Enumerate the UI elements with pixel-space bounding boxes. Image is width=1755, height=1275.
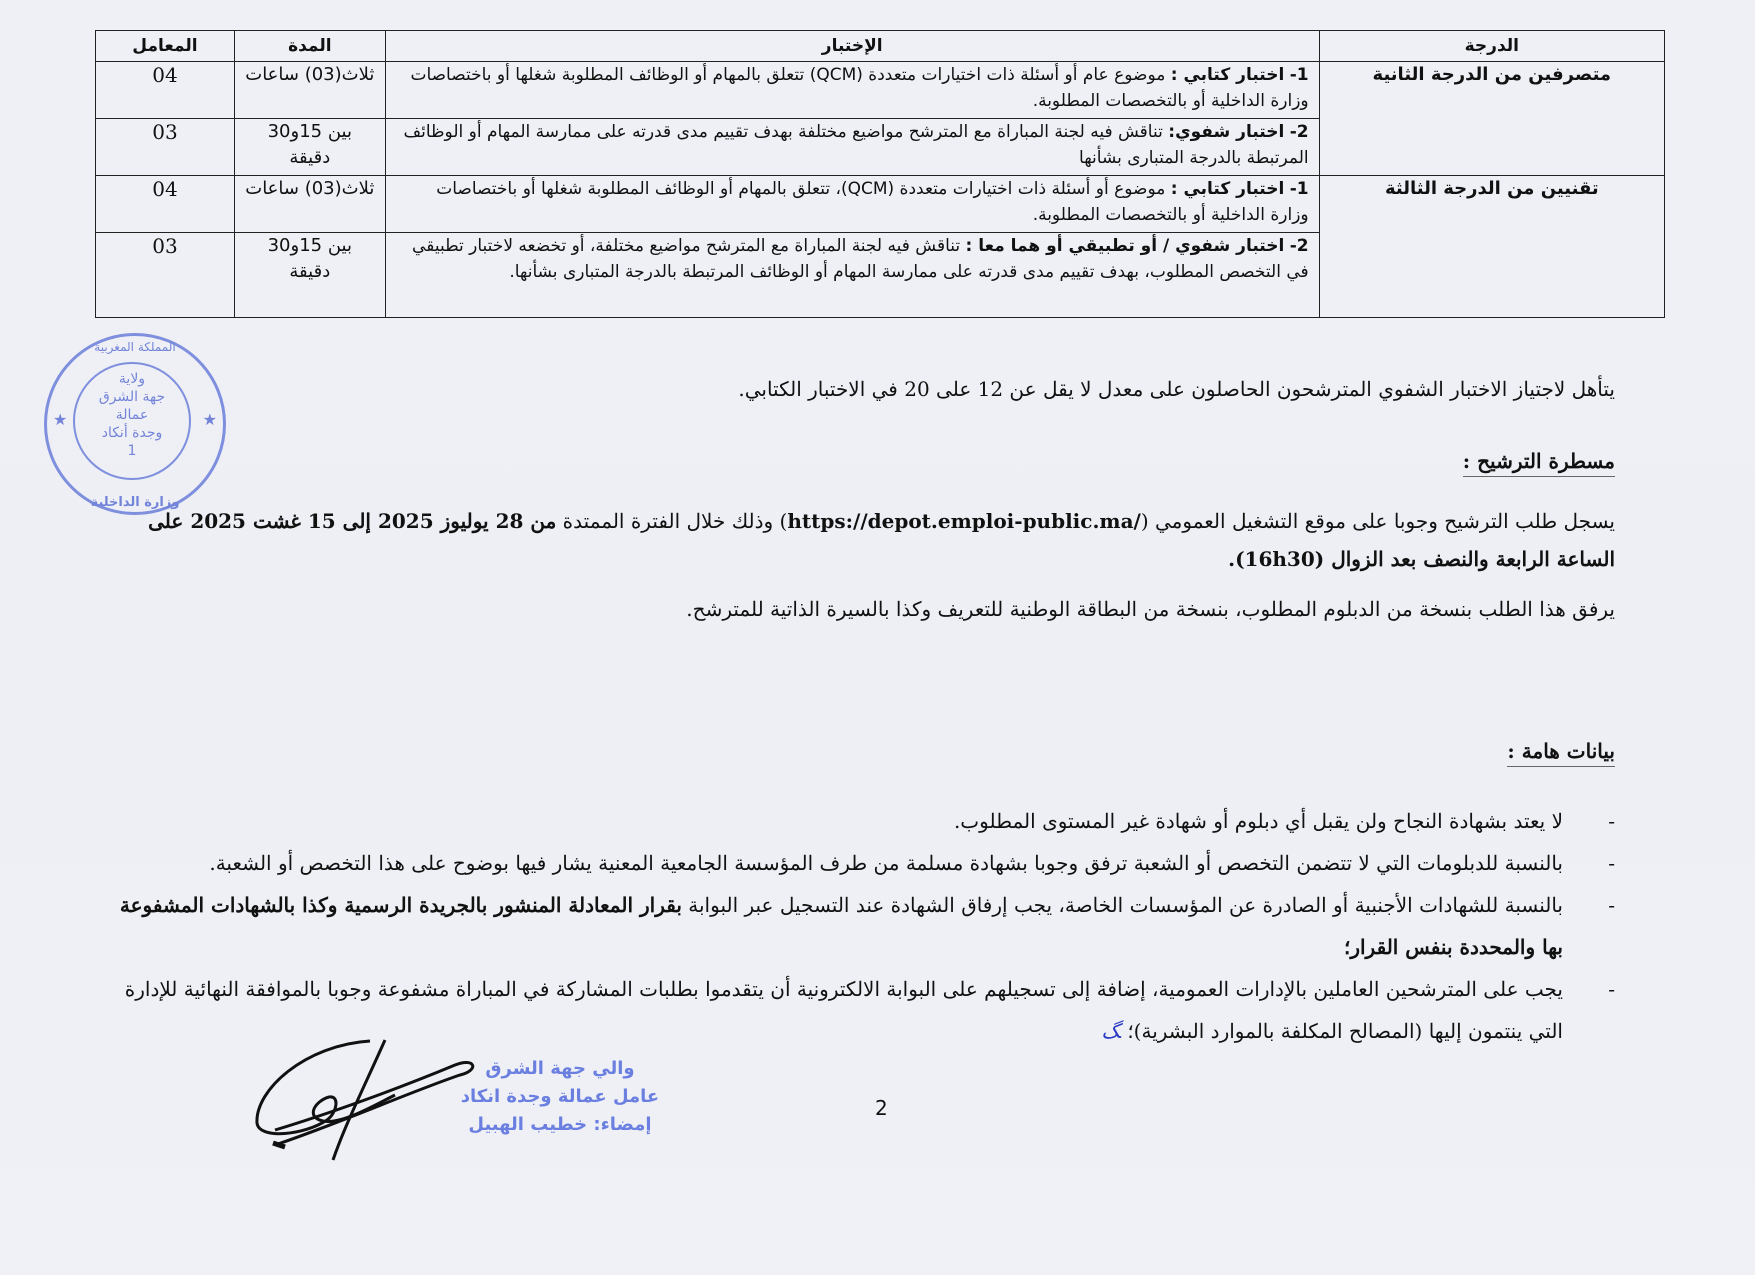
list-item: -بالنسبة للشهادات الأجنبية أو الصادرة عن…	[115, 884, 1615, 968]
eligibility-text: يتأهل لاجتياز الاختبار الشفوي المترشحون …	[215, 370, 1615, 408]
dash-bullet: -	[1608, 800, 1615, 842]
test-number: 2-	[1290, 236, 1309, 256]
test-title: اختبار كتابي :	[1171, 65, 1285, 85]
test-number: 1-	[1290, 179, 1309, 199]
signatory-title: والي جهة الشرق	[435, 1055, 685, 1083]
coefficient-cell: 03	[96, 119, 235, 176]
table-row: تقنيين من الدرجة الثالثة 1- اختبار كتابي…	[96, 176, 1665, 233]
exam-table: الدرجة الإختبار المدة المعامل متصرفين من…	[95, 30, 1665, 318]
notes-title: بيانات هامة :	[1507, 736, 1615, 767]
note-text: بالنسبة للدبلومات التي لا تتضمن التخصص أ…	[209, 851, 1563, 875]
star-icon: ★	[53, 410, 67, 429]
test-cell: 1- اختبار كتابي : موضوع أو أسئلة ذات اخت…	[385, 176, 1319, 233]
header-test: الإختبار	[385, 31, 1319, 62]
duration-cell: بين 15و30 دقيقة	[234, 119, 385, 176]
dash-bullet: -	[1608, 968, 1615, 1010]
test-cell: 1- اختبار كتابي : موضوع عام أو أسئلة ذات…	[385, 62, 1319, 119]
test-title: اختبار شفوي:	[1168, 122, 1284, 142]
signatory-name: إمضاء: خطيب الهبيل	[435, 1111, 685, 1139]
star-icon: ★	[203, 410, 217, 429]
list-item: -بالنسبة للدبلومات التي لا تتضمن التخصص …	[115, 842, 1615, 884]
stamp-inner: ولاية جهة الشرق عمالة وجدة أنكاد 1	[73, 362, 191, 480]
procedure-heading: مسطرة الترشيح :	[1463, 442, 1615, 480]
duration-cell: بين 15و30 دقيقة	[234, 233, 385, 318]
stamp-line: عمالة	[75, 406, 189, 424]
stamp-line: ولاية	[75, 370, 189, 388]
list-item: -لا يعتد بشهادة النجاح ولن يقبل أي دبلوم…	[115, 800, 1615, 842]
signature-block: والي جهة الشرق عامل عمالة وجدة انكاد إمض…	[245, 1035, 685, 1165]
document-page: الدرجة الإختبار المدة المعامل متصرفين من…	[0, 0, 1755, 1275]
coefficient-cell: 04	[96, 176, 235, 233]
note-text: يجب على المترشحين العاملين بالإدارات الع…	[125, 977, 1563, 1043]
stamp-line: وجدة أنكاد	[75, 424, 189, 442]
header-grade: الدرجة	[1319, 31, 1664, 62]
header-coefficient: المعامل	[96, 31, 235, 62]
procedure-text: يسجل طلب الترشيح وجوبا على موقع التشغيل …	[1141, 509, 1615, 533]
procedure-title: مسطرة الترشيح :	[1463, 446, 1615, 477]
procedure-paragraph-1: يسجل طلب الترشيح وجوبا على موقع التشغيل …	[135, 502, 1615, 578]
test-number: 1-	[1290, 65, 1309, 85]
stamp-line: 1	[75, 442, 189, 460]
stamp-top-text: المملكة المغربية	[47, 340, 223, 354]
dash-bullet: -	[1608, 884, 1615, 926]
signatory-office: عامل عمالة وجدة انكاد	[435, 1083, 685, 1111]
portal-link[interactable]: https://depot.emploi-public.ma/	[787, 509, 1140, 533]
test-number: 2-	[1290, 122, 1309, 142]
grade-cell: تقنيين من الدرجة الثالثة	[1319, 176, 1664, 318]
signature-stamp-text: والي جهة الشرق عامل عمالة وجدة انكاد إمض…	[435, 1055, 685, 1139]
header-duration: المدة	[234, 31, 385, 62]
grade-cell: متصرفين من الدرجة الثانية	[1319, 62, 1664, 176]
test-title: اختبار كتابي :	[1171, 179, 1285, 199]
notes-list: -لا يعتد بشهادة النجاح ولن يقبل أي دبلوم…	[115, 800, 1615, 1052]
note-text: لا يعتد بشهادة النجاح ولن يقبل أي دبلوم …	[954, 809, 1563, 833]
duration-cell: ثلاث(03) ساعات	[234, 176, 385, 233]
test-title: اختبار شفوي / أو تطبيقي أو هما معا :	[966, 236, 1285, 256]
coefficient-cell: 04	[96, 62, 235, 119]
notes-heading: بيانات هامة :	[1507, 732, 1615, 770]
test-cell: 2- اختبار شفوي: تناقش فيه لجنة المباراة …	[385, 119, 1319, 176]
procedure-text: ) وذلك خلال الفترة الممتدة	[556, 509, 787, 533]
stamp-line: جهة الشرق	[75, 388, 189, 406]
coefficient-cell: 03	[96, 233, 235, 318]
note-text: بالنسبة للشهادات الأجنبية أو الصادرة عن …	[682, 893, 1563, 917]
table-row: متصرفين من الدرجة الثانية 1- اختبار كتاب…	[96, 62, 1665, 119]
duration-cell: ثلاث(03) ساعات	[234, 62, 385, 119]
procedure-paragraph-2: يرفق هذا الطلب بنسخة من الدبلوم المطلوب،…	[135, 590, 1615, 628]
handwritten-check-icon: ﮓ	[1101, 1019, 1119, 1043]
test-cell: 2- اختبار شفوي / أو تطبيقي أو هما معا : …	[385, 233, 1319, 318]
dash-bullet: -	[1608, 842, 1615, 884]
page-number: 2	[875, 1096, 888, 1120]
official-stamp: المملكة المغربية ★ ★ ولاية جهة الشرق عما…	[44, 333, 226, 515]
